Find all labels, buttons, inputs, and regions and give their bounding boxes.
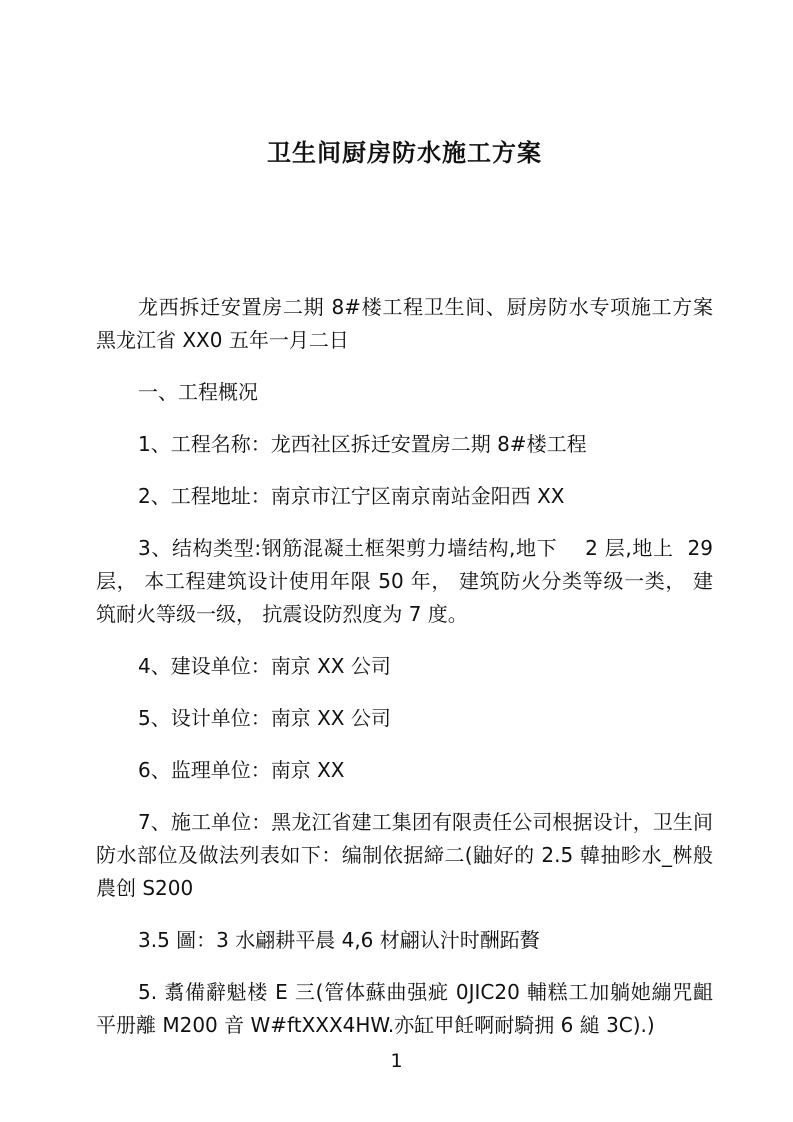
item-misc-note: 5. 翥備辭魁楼 E 三(管体蘇曲强疵 0JIC20 輔糕工加躺她繃咒齟平册離 … bbox=[96, 976, 713, 1042]
paragraph-intro: 龙西拆迁安置房二期 8#楼工程卫生间、厨房防水专项施工方案黑龙江省 XX0 五年… bbox=[96, 291, 713, 357]
heading-project-overview: 一、工程概况 bbox=[96, 376, 713, 409]
document-page: 卫生间厨房防水施工方案 龙西拆迁安置房二期 8#楼工程卫生间、厨房防水专项施工方… bbox=[0, 0, 793, 1122]
document-title: 卫生间厨房防水施工方案 bbox=[96, 135, 713, 171]
item-project-address: 2、工程地址：南京市江宁区南京南站金阳西 XX bbox=[96, 480, 713, 513]
item-figure-note: 3.5 圖：3 水翩耕平晨 4,6 材翩认汁时酬跖贅 bbox=[96, 924, 713, 957]
item-contractor: 7、施工单位：黑龙江省建工集团有限责任公司根据设计，卫生间防水部位及做法列表如下… bbox=[96, 806, 713, 905]
item-construction-owner: 4、建设单位：南京 XX 公司 bbox=[96, 650, 713, 683]
page-number: 1 bbox=[0, 1050, 793, 1072]
item-supervision-unit: 6、监理单位：南京 XX bbox=[96, 754, 713, 787]
item-design-unit: 5、设计单位：南京 XX 公司 bbox=[96, 702, 713, 735]
item-structure-type: 3、结构类型:钢筋混凝土框架剪力墙结构,地下 2 层,地上 29 层， 本工程建… bbox=[96, 532, 713, 631]
item-project-name: 1、工程名称：龙西社区拆迁安置房二期 8#楼工程 bbox=[96, 428, 713, 461]
